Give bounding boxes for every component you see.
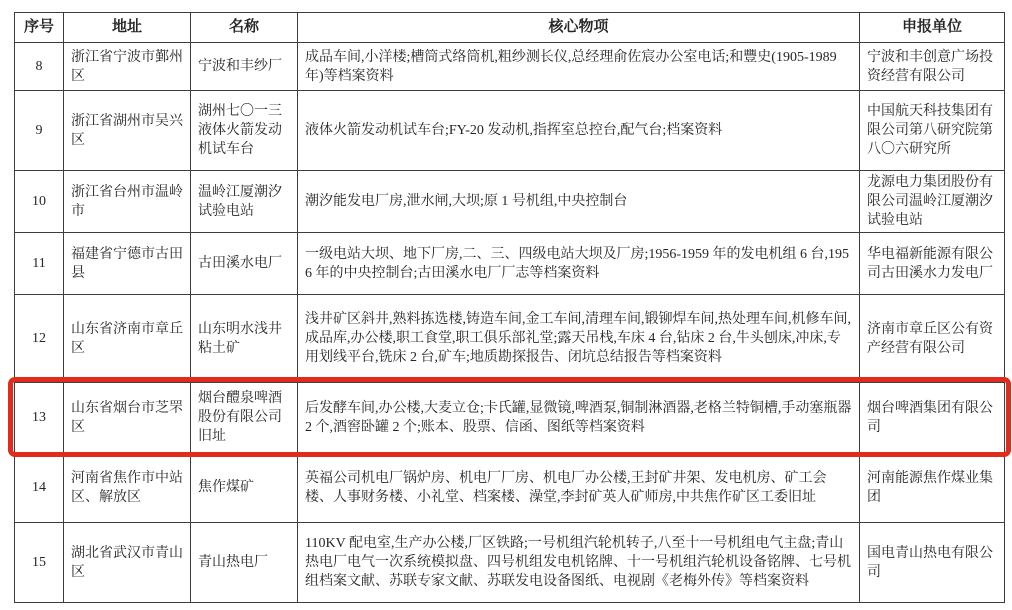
table-row: 14 河南省焦作市中站区、解放区 焦作煤矿 英福公司机电厂锅炉房、机电厂厂房、机… xyxy=(15,453,1005,523)
cell-items: 英福公司机电厂锅炉房、机电厂厂房、机电厂办公楼,王封矿井架、发电机房、矿工会楼、… xyxy=(298,453,860,523)
cell-unit: 龙源电力集团股份有限公司温岭江厦潮汐试验电站 xyxy=(860,171,1005,233)
cell-address: 湖北省武汉市青山区 xyxy=(64,523,191,603)
cell-index: 8 xyxy=(15,43,64,91)
col-header-unit: 申报单位 xyxy=(860,13,1005,43)
cell-name: 青山热电厂 xyxy=(191,523,298,603)
cell-items: 一级电站大坝、地下厂房,二、三、四级电站大坝及厂房;1956-1959 年的发电… xyxy=(298,233,860,295)
col-header-name: 名称 xyxy=(191,13,298,43)
cell-unit: 国电青山热电有限公司 xyxy=(860,523,1005,603)
cell-unit: 济南市章丘区公有资产经营有限公司 xyxy=(860,295,1005,383)
cell-index: 11 xyxy=(15,233,64,295)
cell-index: 15 xyxy=(15,523,64,603)
cell-items: 成品车间,小洋楼;槽筒式络筒机,粗纱测长仪,总经理俞佐宸办公室电话;和豐史(19… xyxy=(298,43,860,91)
cell-name: 山东明水浅井粘土矿 xyxy=(191,295,298,383)
cell-address: 山东省济南市章丘区 xyxy=(64,295,191,383)
cell-index: 13 xyxy=(15,383,64,453)
cell-unit: 中国航天科技集团有限公司第八研究院第八〇六研究所 xyxy=(860,91,1005,171)
cell-address: 山东省烟台市芝罘区 xyxy=(64,383,191,453)
cell-items: 后发酵车间,办公楼,大麦立仓;卡氏罐,显微镜,啤酒泵,铜制淋酒器,老格兰特铜槽,… xyxy=(298,383,860,453)
cell-unit: 华电福新能源有限公司古田溪水力发电厂 xyxy=(860,233,1005,295)
col-header-items: 核心物项 xyxy=(298,13,860,43)
cell-index: 14 xyxy=(15,453,64,523)
cell-name: 焦作煤矿 xyxy=(191,453,298,523)
cell-items: 110KV 配电室,生产办公楼,厂区铁路;一号机组汽轮机转子,八至十一号机组电气… xyxy=(298,523,860,603)
document-page: 序号 地址 名称 核心物项 申报单位 8 浙江省宁波市鄞州区 宁波和丰纱厂 成品… xyxy=(0,0,1012,610)
cell-unit: 宁波和丰创意广场投资经营有限公司 xyxy=(860,43,1005,91)
cell-address: 浙江省台州市温岭市 xyxy=(64,171,191,233)
cell-address: 河南省焦作市中站区、解放区 xyxy=(64,453,191,523)
table-row: 10 浙江省台州市温岭市 温岭江厦潮汐试验电站 潮汐能发电厂房,泄水闸,大坝;原… xyxy=(15,171,1005,233)
cell-name: 古田溪水电厂 xyxy=(191,233,298,295)
cell-name: 温岭江厦潮汐试验电站 xyxy=(191,171,298,233)
col-header-address: 地址 xyxy=(64,13,191,43)
cell-address: 浙江省宁波市鄞州区 xyxy=(64,43,191,91)
table-row: 8 浙江省宁波市鄞州区 宁波和丰纱厂 成品车间,小洋楼;槽筒式络筒机,粗纱测长仪… xyxy=(15,43,1005,91)
cell-items: 液体火箭发动机试车台;FY-20 发动机,指挥室总控台,配气台;档案资料 xyxy=(298,91,860,171)
table-row: 9 浙江省湖州市吴兴区 湖州七〇一三液体火箭发动机试车台 液体火箭发动机试车台;… xyxy=(15,91,1005,171)
cell-items: 潮汐能发电厂房,泄水闸,大坝;原 1 号机组,中央控制台 xyxy=(298,171,860,233)
cell-address: 福建省宁德市古田县 xyxy=(64,233,191,295)
cell-unit: 河南能源焦作煤业集团 xyxy=(860,453,1005,523)
heritage-table: 序号 地址 名称 核心物项 申报单位 8 浙江省宁波市鄞州区 宁波和丰纱厂 成品… xyxy=(14,12,1005,603)
table-row: 12 山东省济南市章丘区 山东明水浅井粘土矿 浅井矿区斜井,熟料拣选楼,铸造车间… xyxy=(15,295,1005,383)
col-header-index: 序号 xyxy=(15,13,64,43)
table-row-highlighted: 13 山东省烟台市芝罘区 烟台醴泉啤酒股份有限公司旧址 后发酵车间,办公楼,大麦… xyxy=(15,383,1005,453)
cell-name: 宁波和丰纱厂 xyxy=(191,43,298,91)
cell-unit: 烟台啤酒集团有限公司 xyxy=(860,383,1005,453)
cell-index: 9 xyxy=(15,91,64,171)
table-row: 11 福建省宁德市古田县 古田溪水电厂 一级电站大坝、地下厂房,二、三、四级电站… xyxy=(15,233,1005,295)
cell-address: 浙江省湖州市吴兴区 xyxy=(64,91,191,171)
cell-items: 浅井矿区斜井,熟料拣选楼,铸造车间,金工车间,清理车间,锻铆焊车间,热处理车间,… xyxy=(298,295,860,383)
cell-index: 10 xyxy=(15,171,64,233)
table-row: 15 湖北省武汉市青山区 青山热电厂 110KV 配电室,生产办公楼,厂区铁路;… xyxy=(15,523,1005,603)
table-header-row: 序号 地址 名称 核心物项 申报单位 xyxy=(15,13,1005,43)
cell-index: 12 xyxy=(15,295,64,383)
cell-name: 湖州七〇一三液体火箭发动机试车台 xyxy=(191,91,298,171)
cell-name: 烟台醴泉啤酒股份有限公司旧址 xyxy=(191,383,298,453)
